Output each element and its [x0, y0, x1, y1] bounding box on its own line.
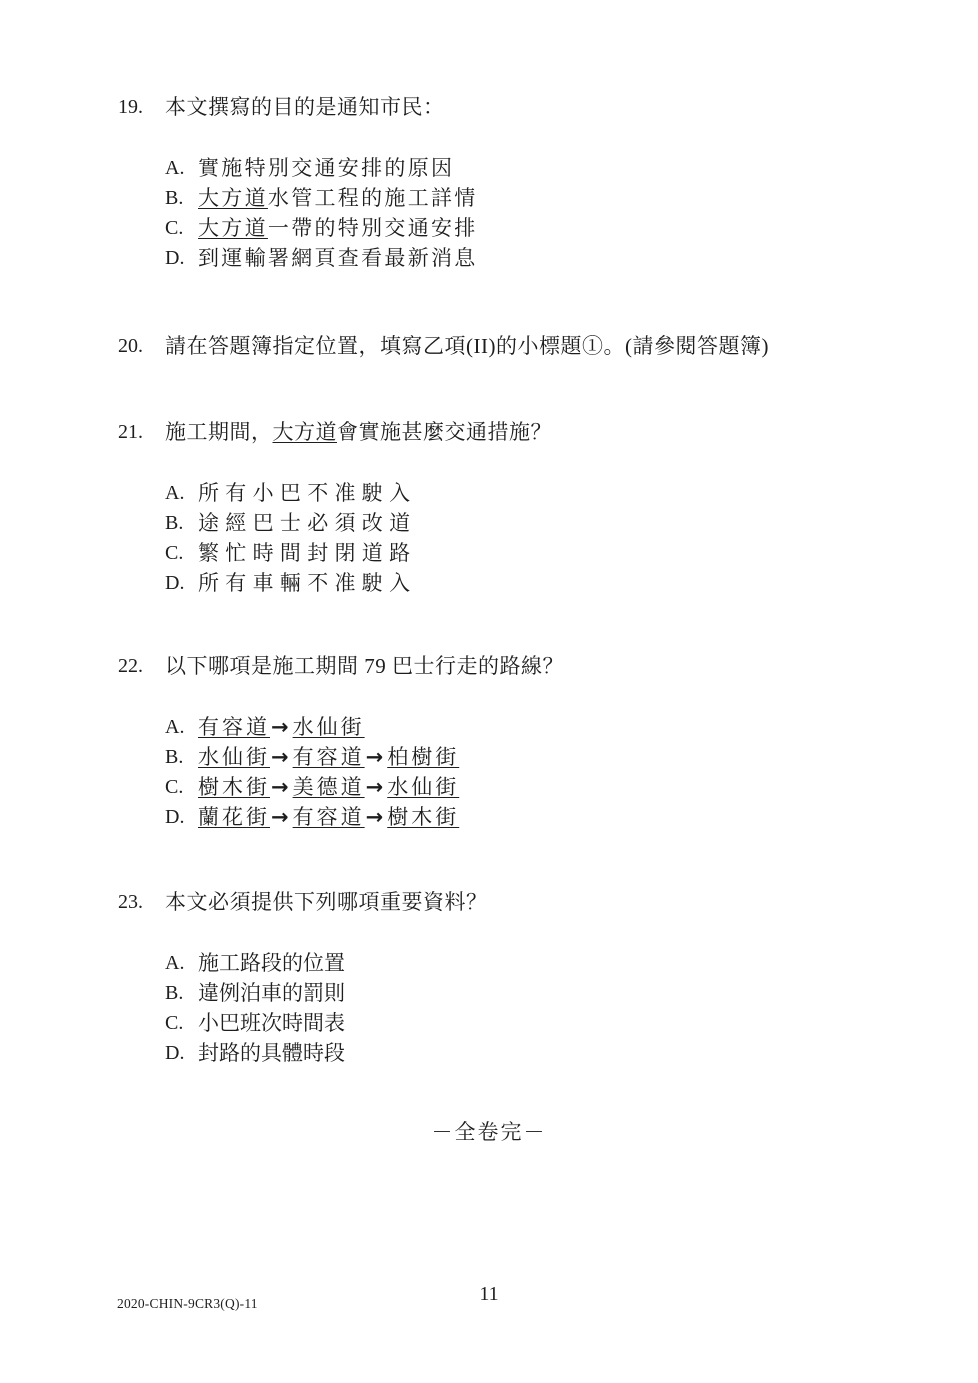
option-text: 蘭花街→有容道→樹木街 — [198, 802, 459, 832]
question-23: 23.本文必須提供下列哪項重要資料？A.施工路段的位置B.違例泊車的罰則C.小巴… — [118, 888, 488, 1068]
question-stem: 本文撰寫的目的是通知市民： — [165, 93, 478, 122]
question-stem: 請在答題簿指定位置，填寫乙項(II)的小標題①。(請參閱答題簿) — [165, 332, 769, 361]
option-B: B.水仙街→有容道→柏樹街 — [165, 742, 564, 772]
text-run: 到運輸署網頁查看最新消息 — [198, 246, 478, 270]
underlined-term: 柏樹街 — [387, 745, 459, 769]
option-A: A.所有小巴不准駛入 — [165, 478, 552, 508]
question-19: 19.本文撰寫的目的是通知市民：A.實施特別交通安排的原因B.大方道水管工程的施… — [118, 93, 478, 273]
options-list: A.實施特別交通安排的原因B.大方道水管工程的施工詳情C.大方道一帶的特別交通安… — [165, 153, 478, 273]
text-run: 本文撰寫的目的是通知市民： — [165, 95, 445, 119]
option-label: D. — [165, 568, 198, 598]
question-22: 22.以下哪項是施工期間 79 巴士行走的路線？A.有容道→水仙街B.水仙街→有… — [118, 652, 564, 832]
question-number: 20. — [118, 332, 165, 361]
option-B: B.大方道水管工程的施工詳情 — [165, 183, 478, 213]
text-run: 以下哪項是施工期間 79 巴士行走的路線？ — [165, 654, 564, 678]
option-C: C.樹木街→美德道→水仙街 — [165, 772, 564, 802]
text-run: 小巴班次時間表 — [198, 1011, 345, 1035]
question-body: 請在答題簿指定位置，填寫乙項(II)的小標題①。(請參閱答題簿) — [165, 332, 769, 361]
option-text: 有容道→水仙街 — [198, 712, 365, 742]
underlined-term: 大方道 — [198, 186, 268, 210]
question-number: 19. — [118, 93, 165, 122]
option-label: A. — [165, 478, 198, 508]
option-label: B. — [165, 508, 198, 538]
question-number: 22. — [118, 652, 165, 681]
option-D: D.封路的具體時段 — [165, 1038, 488, 1068]
text-run: 實施特別交通安排的原因 — [198, 156, 454, 180]
option-label: A. — [165, 948, 198, 978]
arrow-icon: → — [270, 805, 293, 829]
option-C: C.小巴班次時間表 — [165, 1008, 488, 1038]
option-text: 水仙街→有容道→柏樹街 — [198, 742, 459, 772]
text-run: 違例泊車的罰則 — [198, 981, 345, 1005]
text-run: 水管工程的施工詳情 — [268, 186, 478, 210]
underlined-term: 美德道 — [293, 775, 365, 799]
option-label: D. — [165, 1038, 198, 1068]
underlined-term: 有容道 — [198, 715, 270, 739]
text-run: 所有車輛不准駛入 — [198, 571, 416, 595]
option-label: B. — [165, 183, 198, 213]
question-stem: 以下哪項是施工期間 79 巴士行走的路線？ — [165, 652, 564, 681]
question-20: 20.請在答題簿指定位置，填寫乙項(II)的小標題①。(請參閱答題簿) — [118, 332, 769, 361]
exam-page: 19.本文撰寫的目的是通知市民：A.實施特別交通安排的原因B.大方道水管工程的施… — [0, 0, 978, 1383]
option-D: D.到運輸署網頁查看最新消息 — [165, 243, 478, 273]
question-stem: 施工期間，大方道會實施甚麼交通措施？ — [165, 418, 552, 447]
option-label: D. — [165, 802, 198, 832]
text-run: 一帶的特別交通安排 — [268, 216, 478, 240]
underlined-term: 有容道 — [293, 805, 365, 829]
option-text: 施工路段的位置 — [198, 948, 345, 978]
underlined-term: 蘭花街 — [198, 805, 270, 829]
option-label: A. — [165, 153, 198, 183]
question-body: 本文必須提供下列哪項重要資料？A.施工路段的位置B.違例泊車的罰則C.小巴班次時… — [165, 888, 488, 1068]
option-text: 小巴班次時間表 — [198, 1008, 345, 1038]
option-text: 封路的具體時段 — [198, 1038, 345, 1068]
question-body: 以下哪項是施工期間 79 巴士行走的路線？A.有容道→水仙街B.水仙街→有容道→… — [165, 652, 564, 832]
text-run: 請在答題簿指定位置，填寫乙項(II)的小標題①。(請參閱答題簿) — [165, 334, 769, 358]
option-A: A.有容道→水仙街 — [165, 712, 564, 742]
underlined-term: 樹木街 — [387, 805, 459, 829]
arrow-icon: → — [365, 775, 388, 799]
text-run: 封路的具體時段 — [198, 1041, 345, 1065]
arrow-icon: → — [270, 715, 293, 739]
option-text: 違例泊車的罰則 — [198, 978, 345, 1008]
question-21: 21.施工期間，大方道會實施甚麼交通措施？A.所有小巴不准駛入B.途經巴士必須改… — [118, 418, 552, 598]
option-text: 繁忙時間封閉道路 — [198, 538, 416, 568]
option-label: D. — [165, 243, 198, 273]
option-B: B.違例泊車的罰則 — [165, 978, 488, 1008]
underlined-term: 水仙街 — [198, 745, 270, 769]
option-D: D.蘭花街→有容道→樹木街 — [165, 802, 564, 832]
underlined-term: 樹木街 — [198, 775, 270, 799]
underlined-term: 有容道 — [293, 745, 365, 769]
option-label: C. — [165, 1008, 198, 1038]
option-text: 大方道水管工程的施工詳情 — [198, 183, 478, 213]
text-run: 本文必須提供下列哪項重要資料？ — [165, 890, 488, 914]
option-text: 大方道一帶的特別交通安排 — [198, 213, 478, 243]
option-label: B. — [165, 742, 198, 772]
arrow-icon: → — [365, 745, 388, 769]
option-text: 所有小巴不准駛入 — [198, 478, 416, 508]
option-text: 到運輸署網頁查看最新消息 — [198, 243, 478, 273]
option-D: D.所有車輛不准駛入 — [165, 568, 552, 598]
option-text: 途經巴士必須改道 — [198, 508, 416, 538]
text-run: 繁忙時間封閉道路 — [198, 541, 416, 565]
option-label: A. — [165, 712, 198, 742]
option-label: C. — [165, 772, 198, 802]
option-text: 所有車輛不准駛入 — [198, 568, 416, 598]
option-label: C. — [165, 213, 198, 243]
option-text: 樹木街→美德道→水仙街 — [198, 772, 459, 802]
question-number: 21. — [118, 418, 165, 447]
text-run: 施工期間， — [165, 420, 273, 444]
underlined-term: 大方道 — [198, 216, 268, 240]
text-run: 會實施甚麼交通措施？ — [337, 420, 552, 444]
options-list: A.所有小巴不准駛入B.途經巴士必須改道C.繁忙時間封閉道路D.所有車輛不准駛入 — [165, 478, 552, 598]
option-C: C.大方道一帶的特別交通安排 — [165, 213, 478, 243]
page-number: 11 — [0, 1283, 978, 1306]
arrow-icon: → — [270, 775, 293, 799]
option-label: B. — [165, 978, 198, 1008]
underlined-term: 水仙街 — [387, 775, 459, 799]
text-run: 所有小巴不准駛入 — [198, 481, 416, 505]
end-of-paper-marker: －全卷完－ — [0, 1118, 978, 1147]
option-label: C. — [165, 538, 198, 568]
underlined-term: 大方道 — [273, 420, 338, 444]
question-stem: 本文必須提供下列哪項重要資料？ — [165, 888, 488, 917]
option-A: A.施工路段的位置 — [165, 948, 488, 978]
options-list: A.施工路段的位置B.違例泊車的罰則C.小巴班次時間表D.封路的具體時段 — [165, 948, 488, 1068]
option-text: 實施特別交通安排的原因 — [198, 153, 454, 183]
text-run: 施工路段的位置 — [198, 951, 345, 975]
question-body: 本文撰寫的目的是通知市民：A.實施特別交通安排的原因B.大方道水管工程的施工詳情… — [165, 93, 478, 273]
options-list: A.有容道→水仙街B.水仙街→有容道→柏樹街C.樹木街→美德道→水仙街D.蘭花街… — [165, 712, 564, 832]
option-C: C.繁忙時間封閉道路 — [165, 538, 552, 568]
arrow-icon: → — [365, 805, 388, 829]
option-B: B.途經巴士必須改道 — [165, 508, 552, 538]
question-body: 施工期間，大方道會實施甚麼交通措施？A.所有小巴不准駛入B.途經巴士必須改道C.… — [165, 418, 552, 598]
underlined-term: 水仙街 — [293, 715, 365, 739]
text-run: 途經巴士必須改道 — [198, 511, 416, 535]
question-number: 23. — [118, 888, 165, 917]
arrow-icon: → — [270, 745, 293, 769]
option-A: A.實施特別交通安排的原因 — [165, 153, 478, 183]
